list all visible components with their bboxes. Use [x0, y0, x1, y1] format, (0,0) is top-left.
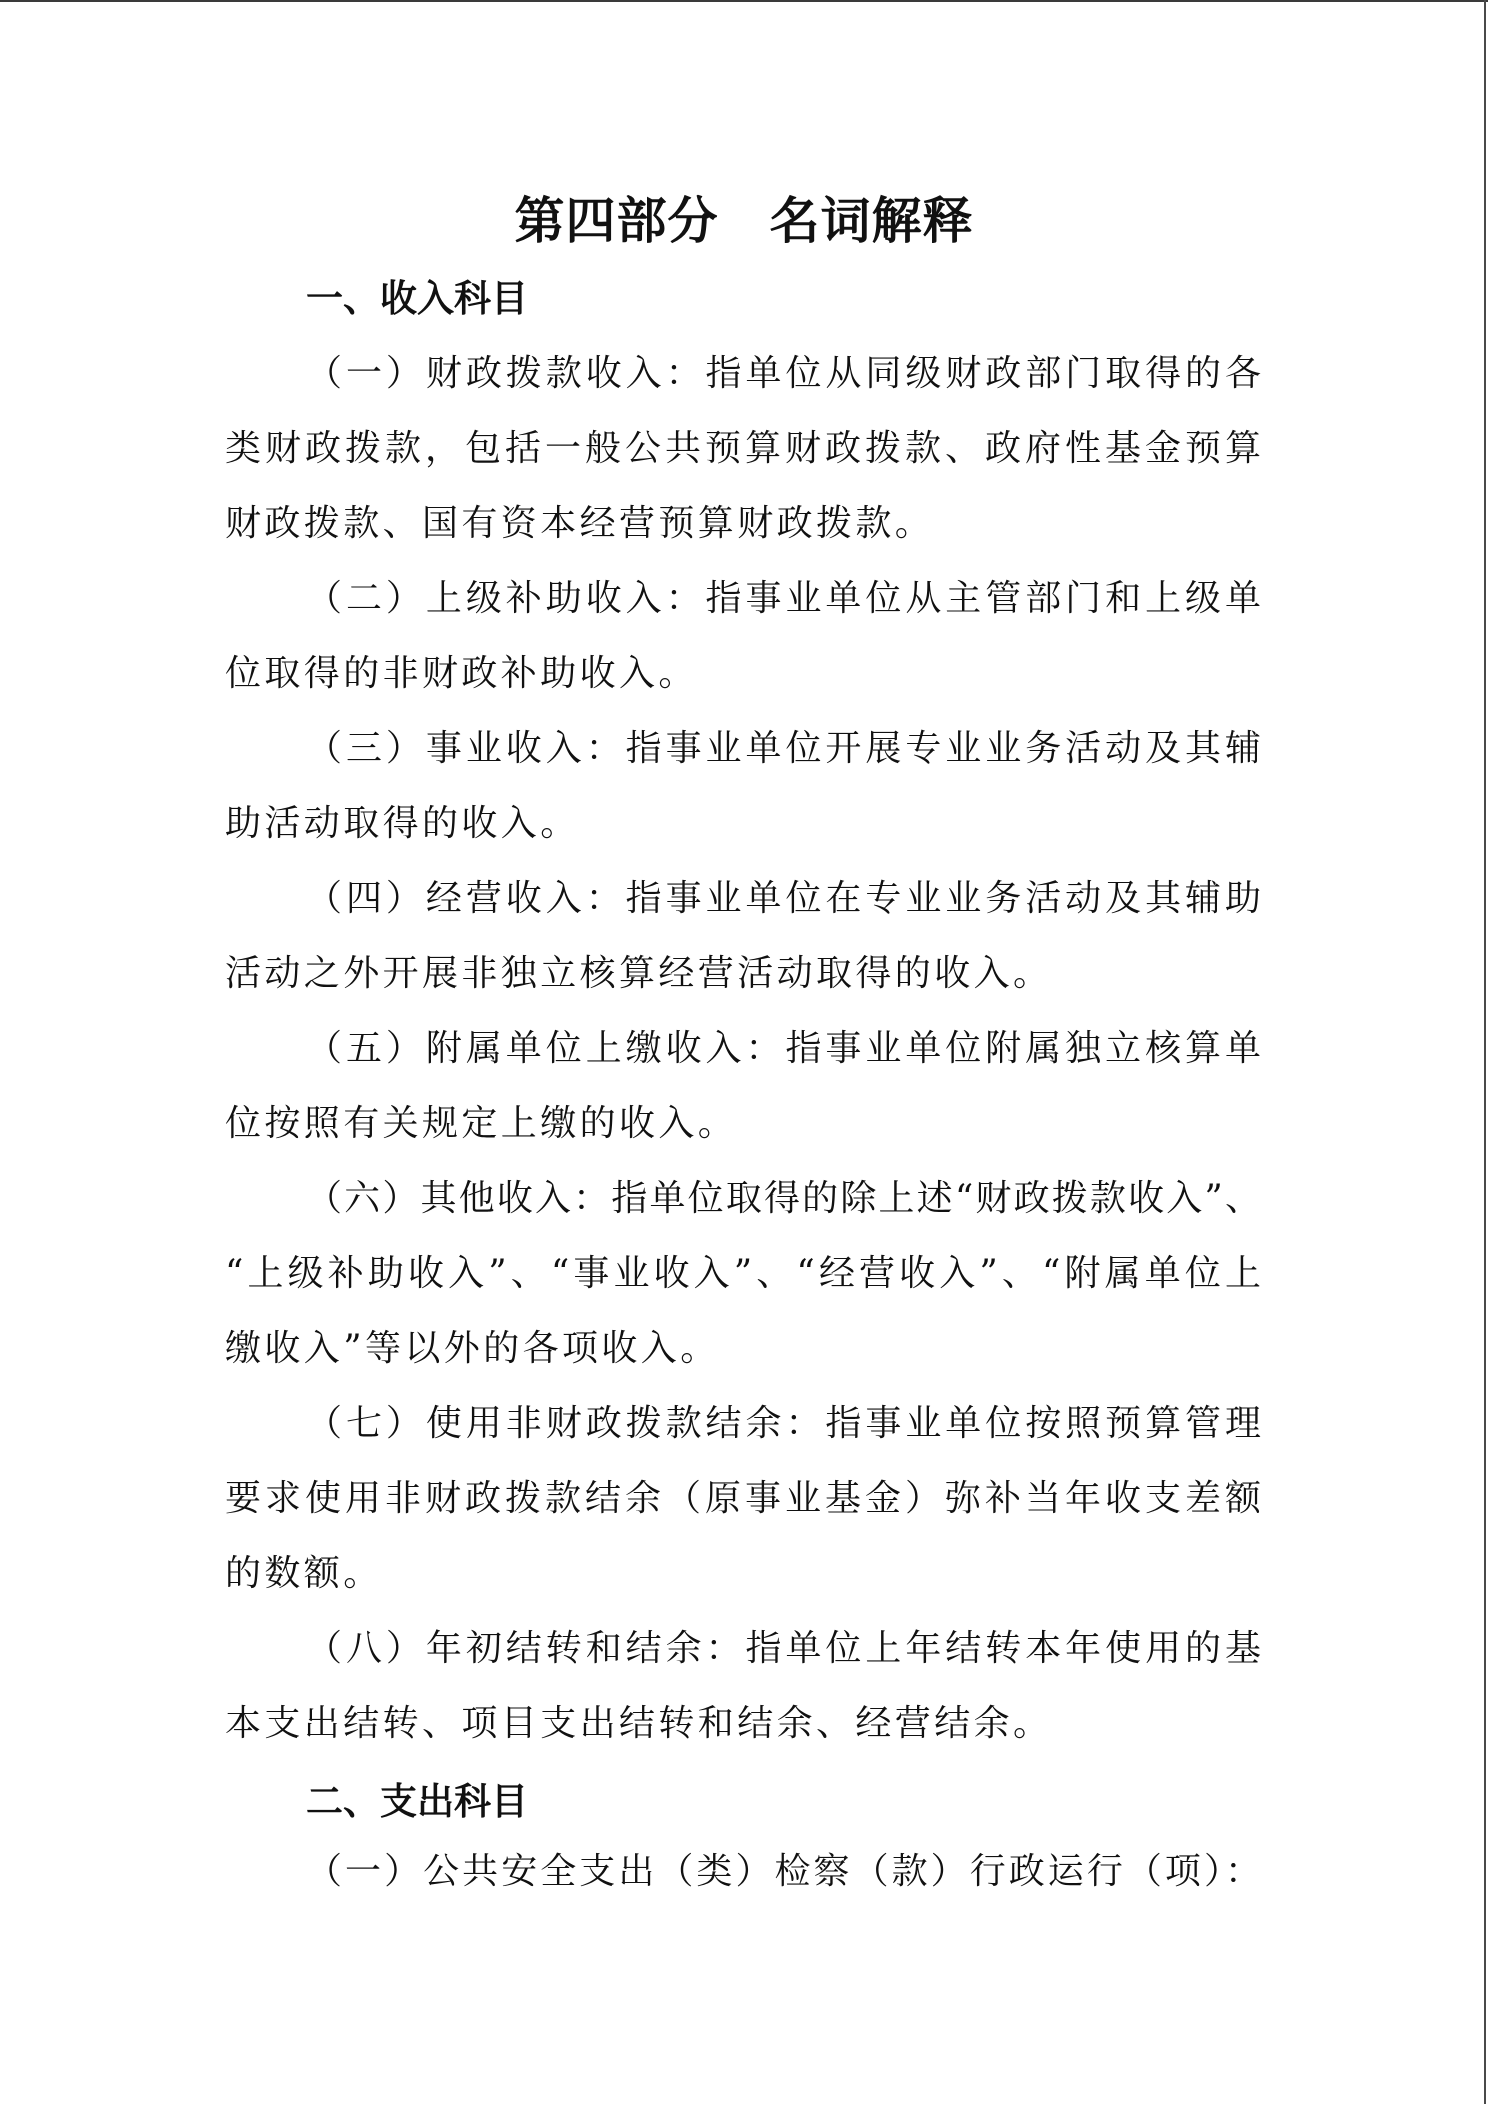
paragraph-line: 活动之外开展非独立核算经营活动取得的收入。 — [225, 949, 1052, 999]
paragraph-line: （五）附属单位上缴收入：指事业单位附属独立核算单 — [306, 1024, 1261, 1074]
paragraph-line: （四）经营收入：指事业单位在专业业务活动及其辅助 — [306, 874, 1261, 924]
page-title: 第四部分 名词解释 — [0, 186, 1488, 256]
section-heading-expenditure: 二、支出科目 — [306, 1777, 528, 1827]
paragraph-line: 要求使用非财政拨款结余（原事业基金）弥补当年收支差额 — [225, 1474, 1261, 1524]
paragraph-line: （一）财政拨款收入：指单位从同级财政部门取得的各 — [306, 349, 1261, 399]
paragraph-line: （一）公共安全支出（类）检察（款）行政运行（项）： — [306, 1847, 1261, 1897]
paragraph-line: （六）其他收入：指单位取得的除上述“财政拨款收入”、 — [306, 1174, 1261, 1224]
paragraph-line: 位取得的非财政补助收入。 — [225, 649, 698, 699]
paragraph-line: 财政拨款、国有资本经营预算财政拨款。 — [225, 499, 934, 549]
section-heading-income: 一、收入科目 — [306, 274, 528, 324]
paragraph-line: “上级补助收入”、“事业收入”、“经营收入”、“附属单位上 — [225, 1249, 1261, 1299]
paragraph-line: （七）使用非财政拨款结余：指事业单位按照预算管理 — [306, 1399, 1261, 1449]
paragraph-line: 位按照有关规定上缴的收入。 — [225, 1099, 737, 1149]
paragraph-line: （三）事业收入：指事业单位开展专业业务活动及其辅 — [306, 724, 1261, 774]
paragraph-line: 助活动取得的收入。 — [225, 799, 580, 849]
paragraph-line: 的数额。 — [225, 1549, 383, 1599]
paragraph-line: 缴收入”等以外的各项收入。 — [225, 1324, 720, 1374]
paragraph-line: （二）上级补助收入：指事业单位从主管部门和上级单 — [306, 574, 1261, 624]
paragraph-line: 类财政拨款，包括一般公共预算财政拨款、政府性基金预算 — [225, 424, 1261, 474]
page-right-border — [1484, 0, 1486, 2104]
paragraph-line: 本支出结转、项目支出结转和结余、经营结余。 — [225, 1699, 1052, 1749]
page-top-border — [0, 0, 1488, 2]
paragraph-line: （八）年初结转和结余：指单位上年结转本年使用的基 — [306, 1624, 1261, 1674]
